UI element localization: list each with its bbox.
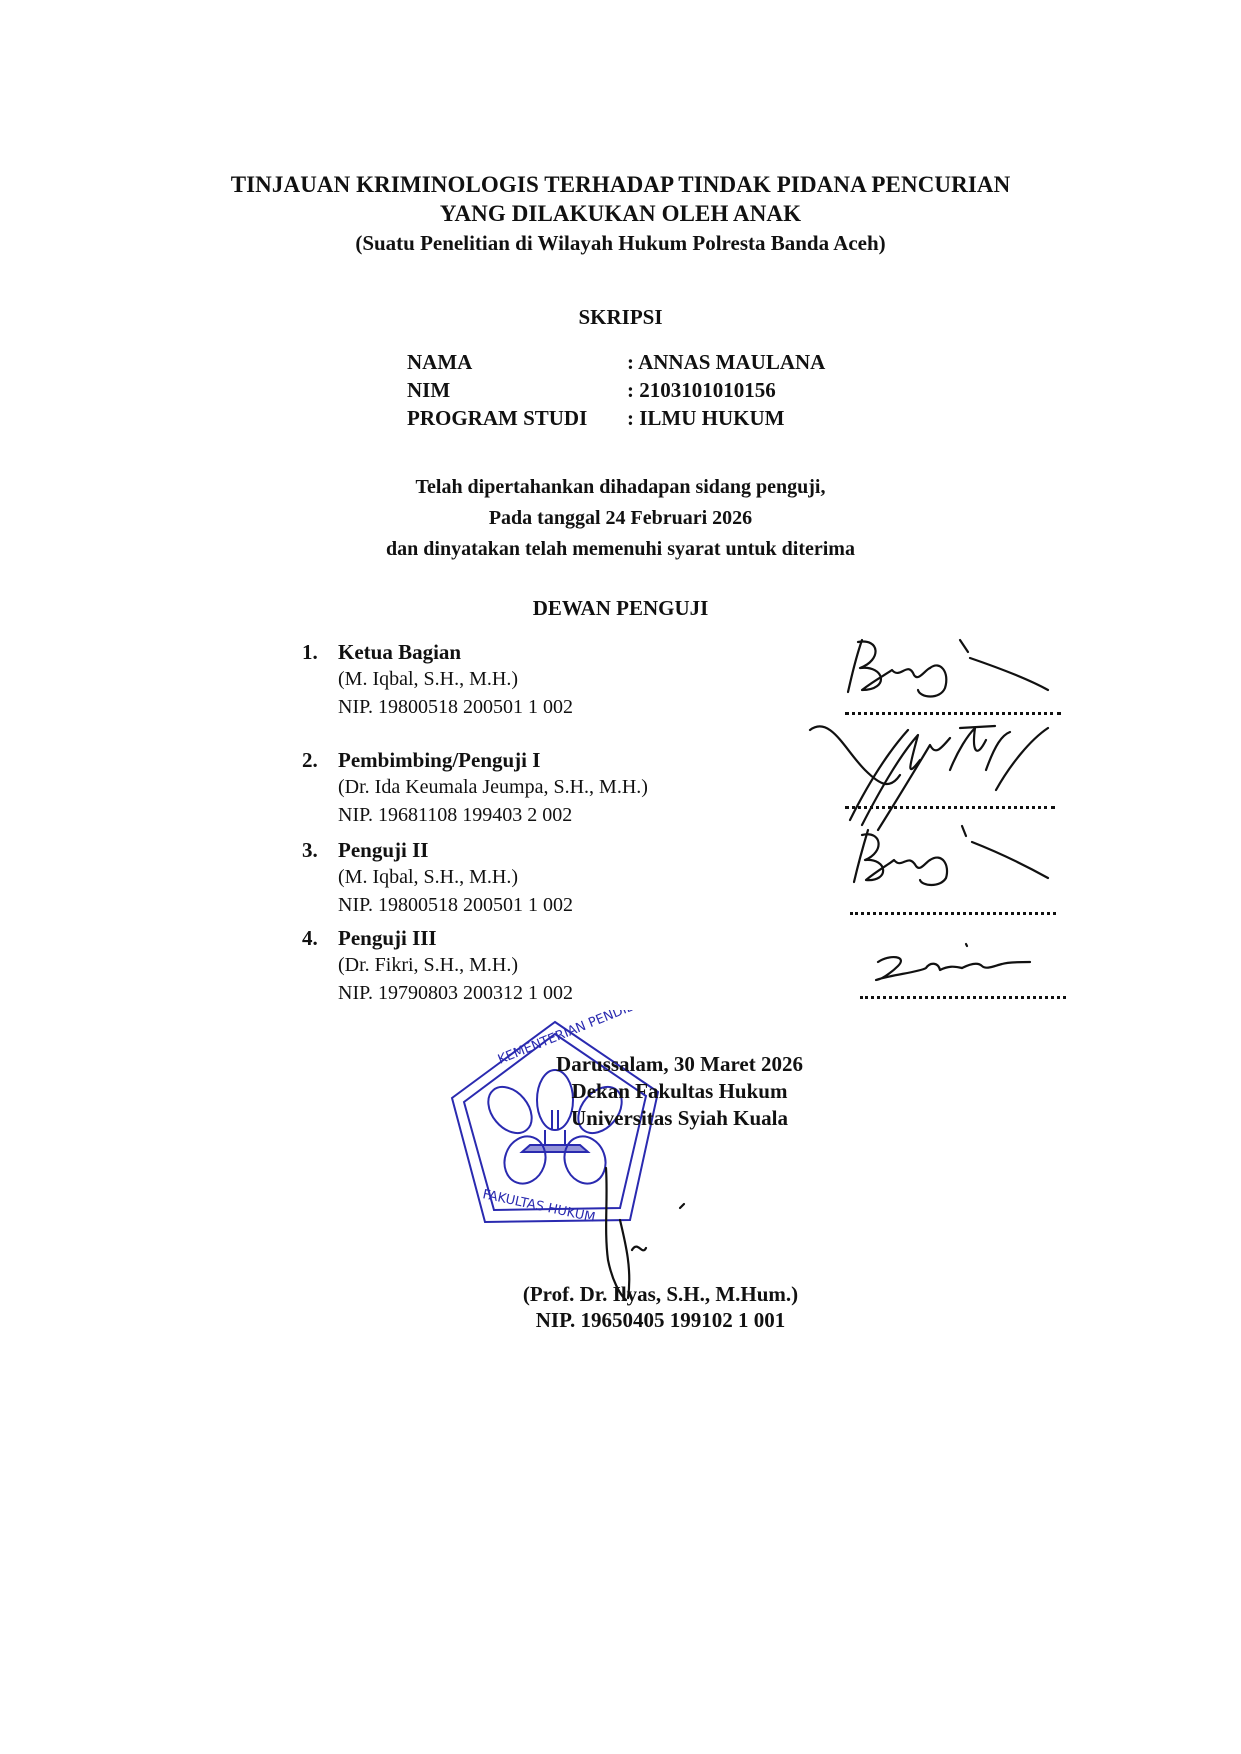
statement-line3: dan dinyatakan telah memenuhi syarat unt…	[0, 538, 1241, 561]
board-heading: DEWAN PENGUJI	[0, 596, 1241, 621]
field-value-nim: : 2103101010156	[627, 378, 776, 403]
approval-position: Dekan Fakultas Hukum	[0, 1079, 1241, 1104]
signature-marks	[790, 620, 1120, 1020]
member-nip: NIP. 19790803 200312 1 002	[338, 982, 573, 1005]
member-nip: NIP. 19800518 200501 1 002	[338, 696, 573, 719]
field-value-nama: : ANNAS MAULANA	[627, 350, 825, 375]
field-label-nama: NAMA	[407, 350, 472, 375]
dean-name: (Prof. Dr. Ilyas, S.H., M.Hum.)	[0, 1282, 1241, 1307]
member-name: (M. Iqbal, S.H., M.H.)	[338, 668, 518, 691]
thesis-title-line1: TINJAUAN KRIMINOLOGIS TERHADAP TINDAK PI…	[0, 172, 1241, 198]
statement-line2: Pada tanggal 24 Februari 2026	[0, 507, 1241, 530]
member-number: 3.	[302, 838, 318, 863]
member-role: Ketua Bagian	[338, 640, 461, 665]
member-nip: NIP. 19681108 199403 2 002	[338, 804, 572, 827]
dean-nip: NIP. 19650405 199102 1 001	[0, 1308, 1241, 1333]
approval-institution: Universitas Syiah Kuala	[0, 1106, 1241, 1131]
signature-2	[810, 726, 1048, 830]
member-name: (M. Iqbal, S.H., M.H.)	[338, 866, 518, 889]
document-type: SKRIPSI	[0, 305, 1241, 330]
field-label-program: PROGRAM STUDI	[407, 406, 587, 431]
signature-1	[848, 640, 1048, 697]
member-role: Penguji III	[338, 926, 437, 951]
statement-line1: Telah dipertahankan dihadapan sidang pen…	[0, 476, 1241, 499]
thesis-subtitle: (Suatu Penelitian di Wilayah Hukum Polre…	[0, 231, 1241, 256]
member-name: (Dr. Ida Keumala Jeumpa, S.H., M.H.)	[338, 776, 648, 799]
member-number: 2.	[302, 748, 318, 773]
approval-place-date: Darussalam, 30 Maret 2026	[0, 1052, 1241, 1077]
signature-4	[876, 944, 1030, 980]
thesis-title-line2: YANG DILAKUKAN OLEH ANAK	[0, 201, 1241, 227]
signature-3	[854, 826, 1048, 885]
member-role: Pembimbing/Penguji I	[338, 748, 540, 773]
member-nip: NIP. 19800518 200501 1 002	[338, 894, 573, 917]
member-role: Penguji II	[338, 838, 428, 863]
member-name: (Dr. Fikri, S.H., M.H.)	[338, 954, 518, 977]
field-value-program: : ILMU HUKUM	[627, 406, 784, 431]
member-number: 1.	[302, 640, 318, 665]
member-number: 4.	[302, 926, 318, 951]
field-label-nim: NIM	[407, 378, 450, 403]
